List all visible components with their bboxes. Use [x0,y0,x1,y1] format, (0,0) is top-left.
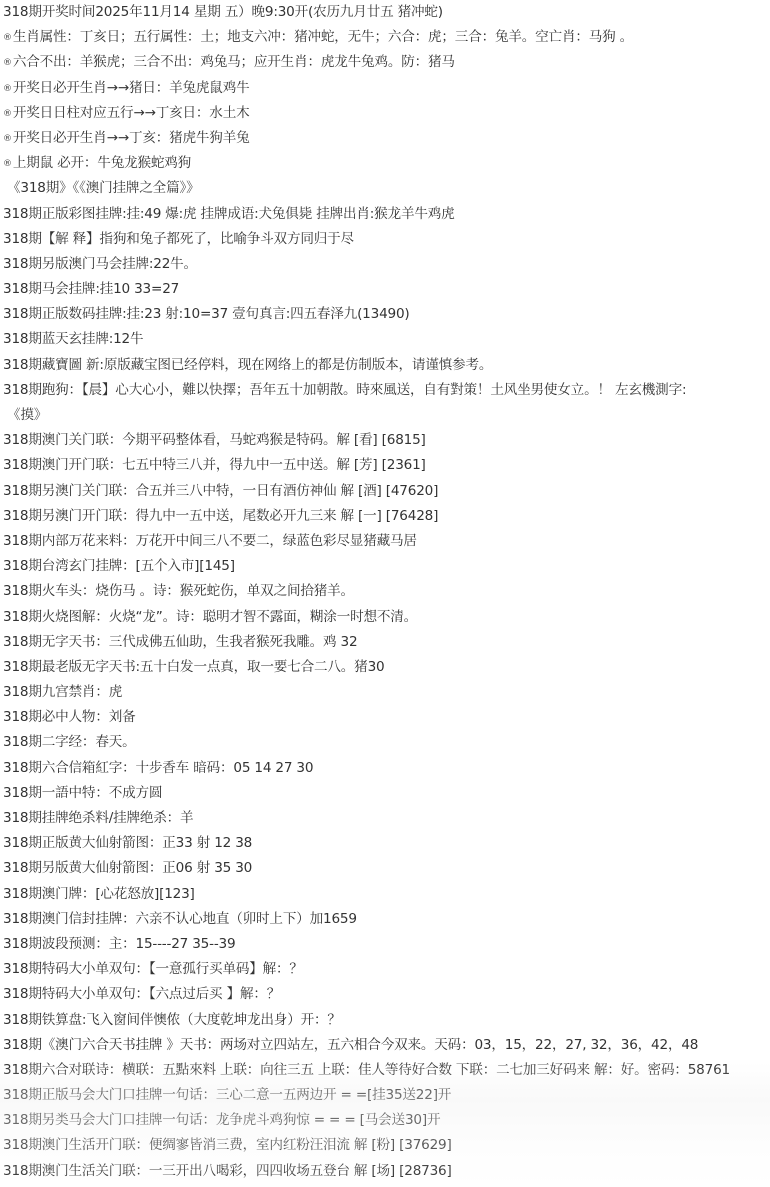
text-line: 318期另版黄大仙射箭图：正06 射 35 30 [3,856,770,881]
text-line: 318期挂牌绝杀料/挂牌绝杀：羊 [3,806,770,831]
text-line: 318期【解 释】指狗和兔子都死了，比喻争斗双方同归于尽 [3,227,770,252]
text-line: 318期澳门生活开门联：便绸寥皆消三费，室内红粉汪泪流 解 [粉] [37629… [3,1133,770,1158]
text-line: 318期火烧图解：火烧“龙”。诗：聪明才智不露面，糊涂一时想不清。 [3,605,770,630]
text-line: 318期正版马会大门口挂牌一句话：三心二意一五两边开 = =[挂35送22]开 [3,1083,770,1108]
text-line: 318期另版澳门马会挂牌:22牛。 [3,252,770,277]
text-line: 318期特码大小单双句：【六点过后买 】解：？ [3,982,770,1007]
text-line: 318期澳门开门联：七五中特三八并，得九中一五中送。解 [芳] [2361] [3,453,770,478]
text-line: 318期铁算盘:飞入窗间伴懊侬（大度乾坤龙出身）开：？ [3,1008,770,1033]
registered-bullet-icon: ® [3,33,12,43]
text-line: 318期内部万花来料：万花开中间三八不要二，绿蓝色彩尽显猪藏马居 [3,529,770,554]
text-line-continuation: 《摸》 [3,403,770,428]
bullet-line: ®生肖属性：丁亥日；五行属性：土；地支六冲：猪冲蛇，无牛；六合：虎；三合：兔羊。… [3,25,770,50]
registered-bullet-icon: ® [3,84,12,94]
text-line: 318期另类马会大门口挂牌一句话：龙争虎斗鸡狗惊 = = = [马会送30]开 [3,1108,770,1133]
header-line: 318期开奖时间2025年11月14 星期 五）晚9:30开(农历九月廿五 猪冲… [3,0,770,25]
text-line: 318期正版彩图挂牌:挂:49 爆:虎 挂牌成语:犬兔俱毙 挂牌出肖:猴龙羊牛鸡… [3,202,770,227]
text-line: 318期最老版无字天书:五十白发一点真，取一要七合二八。猪30 [3,655,770,680]
text-line: 318期另澳门开门联：得九中一五中送，尾数必开九三来 解 [一] [76428] [3,504,770,529]
text-line: 318期一語中特：不成方圆 [3,781,770,806]
text-line: 318期澳门信封挂牌：六亲不认心地直（卯时上下）加1659 [3,907,770,932]
bullet-line: ®上期鼠 必开：牛兔龙猴蛇鸡狗 [3,151,770,176]
registered-bullet-icon: ® [3,159,12,169]
text-line: 318期澳门牌：[心花怒放][123] [3,882,770,907]
registered-bullet-icon: ® [3,134,12,144]
text-line: 318期正版黄大仙射箭图：正33 射 12 38 [3,831,770,856]
text-line: 318期必中人物：刘备 [3,705,770,730]
registered-bullet-icon: ® [3,58,12,68]
text-line: 318期火车头：烧伤马 。诗：猴死蛇伤，单双之间拾猪羊。 [3,579,770,604]
text-line: 318期台湾玄门挂牌：[五个入市][145] [3,554,770,579]
text-line: 318期六合对联诗：横联：五點來料 上联：向往三五 上联：佳人等待好合数 下联：… [3,1058,770,1083]
registered-bullet-icon: ® [3,109,12,119]
text-line: 318期正版数码挂牌:挂:23 射:10=37 壹句真言:四五春泽九(13490… [3,302,770,327]
bullet-line: ®六合不出：羊猴虎；三合不出：鸡兔马；应开生肖：虎龙牛兔鸡。防：猪马 [3,50,770,75]
bullet-line: ®开奖日日柱对应五行→→丁亥日：水土木 [3,101,770,126]
text-line: 318期六合信箱紅字：十步香车 暗码：05 14 27 30 [3,756,770,781]
section-title: 《318期》《《澳门挂牌之全篇》》 [3,176,770,201]
text-line: 318期《澳门六合天书挂牌 》天书：两场对立四站左，五六相合今双来。天码：03，… [3,1033,770,1058]
text-line: 318期波段预测：主：15----27 35--39 [3,932,770,957]
text-line: 318期特码大小单双句：【一意孤行买单码】解：？ [3,957,770,982]
text-line: 318期藏寶圖 新:原版藏宝图已经停料，现在网络上的都是仿制版本，请谨慎参考。 [3,353,770,378]
text-line: 318期澳门生活关门联：一三开出八喝彩，四四收场五登台 解 [场] [28736… [3,1159,770,1184]
text-line: 318期另澳门关门联：合五并三八中特，一日有酒仿神仙 解 [酒] [47620] [3,479,770,504]
text-line: 318期无字天书：三代成佛五仙助，生我者猴死我雕。鸡 32 [3,630,770,655]
text-line: 318期二字经：春天。 [3,730,770,755]
text-line: 318期九宫禁肖：虎 [3,680,770,705]
text-line: 318期蓝天玄挂牌:12牛 [3,327,770,352]
text-line: 318期马会挂牌:挂10 33=27 [3,277,770,302]
text-line: 318期跑狗：【晨】心大心小，難以快擇；吾年五十加朝散。時來風送，自有對策！土风… [3,378,770,403]
text-line: 318期澳门关门联：今期平码整体看，马蛇鸡猴是特码。解 [看] [6815] [3,428,770,453]
bullet-line: ®开奖日必开生肖→→丁亥：猪虎牛狗羊兔 [3,126,770,151]
bullet-line: ®开奖日必开生肖→→猪日：羊兔虎鼠鸡牛 [3,76,770,101]
lottery-article: 318期开奖时间2025年11月14 星期 五）晚9:30开(农历九月廿五 猪冲… [0,0,770,1184]
